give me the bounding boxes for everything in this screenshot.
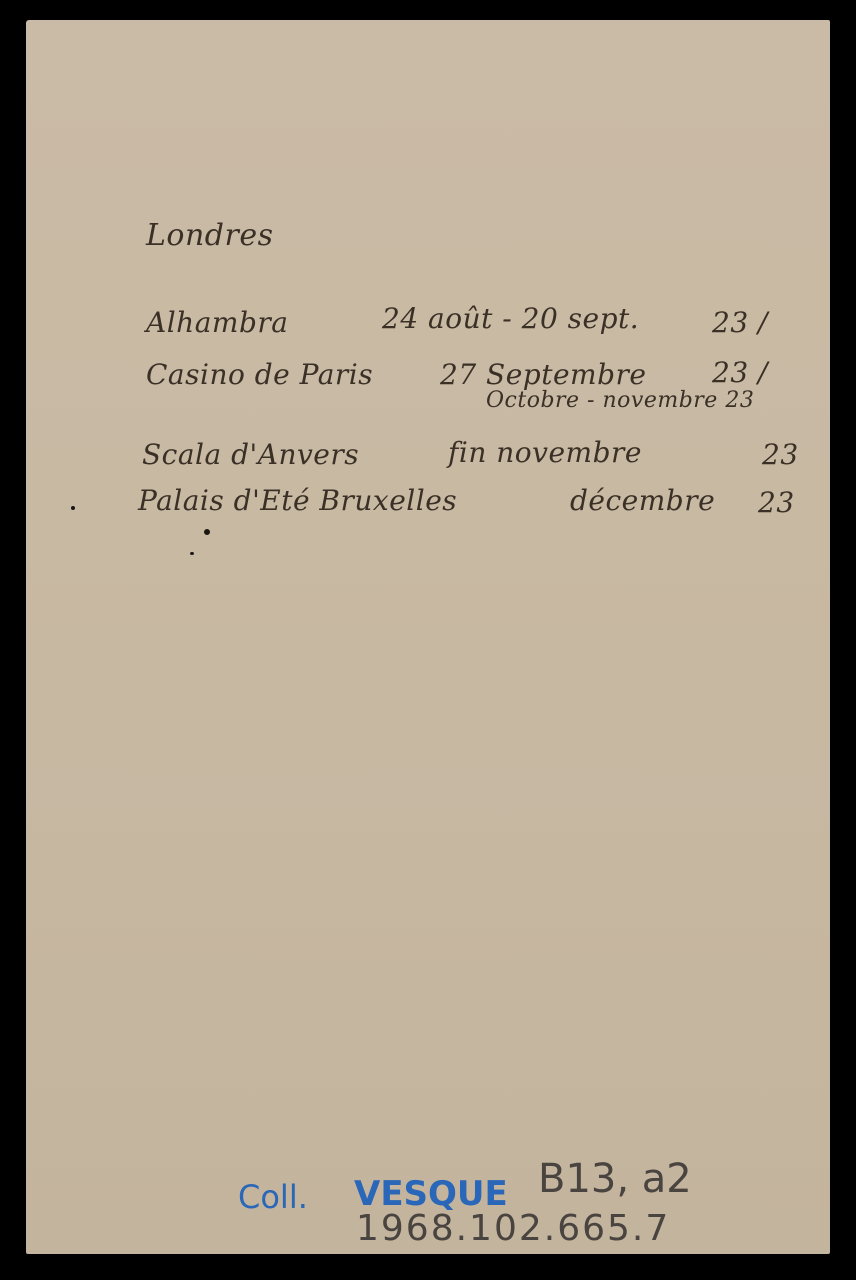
entry-year: 23	[758, 486, 795, 519]
card-verso	[26, 20, 830, 1254]
ink-spot	[71, 506, 75, 510]
entry-venue: Alhambra	[146, 306, 288, 339]
entry-venue: Casino de Paris	[146, 358, 373, 391]
entry-venue: Palais d'Eté Bruxelles	[138, 484, 457, 517]
collection-stamp-prefix: Coll.	[238, 1178, 308, 1216]
entry-year: 23	[762, 438, 799, 471]
inventory-number: 1968.102.665.7	[356, 1208, 670, 1249]
ink-spot	[190, 552, 194, 555]
heading-city: Londres	[146, 218, 274, 253]
entry-year: 23 /	[712, 306, 768, 339]
ink-spot	[204, 529, 210, 535]
entry-dates: décembre	[570, 484, 715, 517]
entry-continuation: Octobre - novembre 23	[486, 388, 754, 413]
entry-venue: Scala d'Anvers	[142, 438, 359, 471]
shelf-mark: B13, a2	[538, 1156, 692, 1202]
entry-year: 23 /	[712, 356, 768, 389]
entry-dates: 24 août - 20 sept.	[382, 302, 639, 335]
entry-dates: 27 Septembre	[440, 358, 646, 391]
entry-dates: fin novembre	[448, 436, 642, 469]
